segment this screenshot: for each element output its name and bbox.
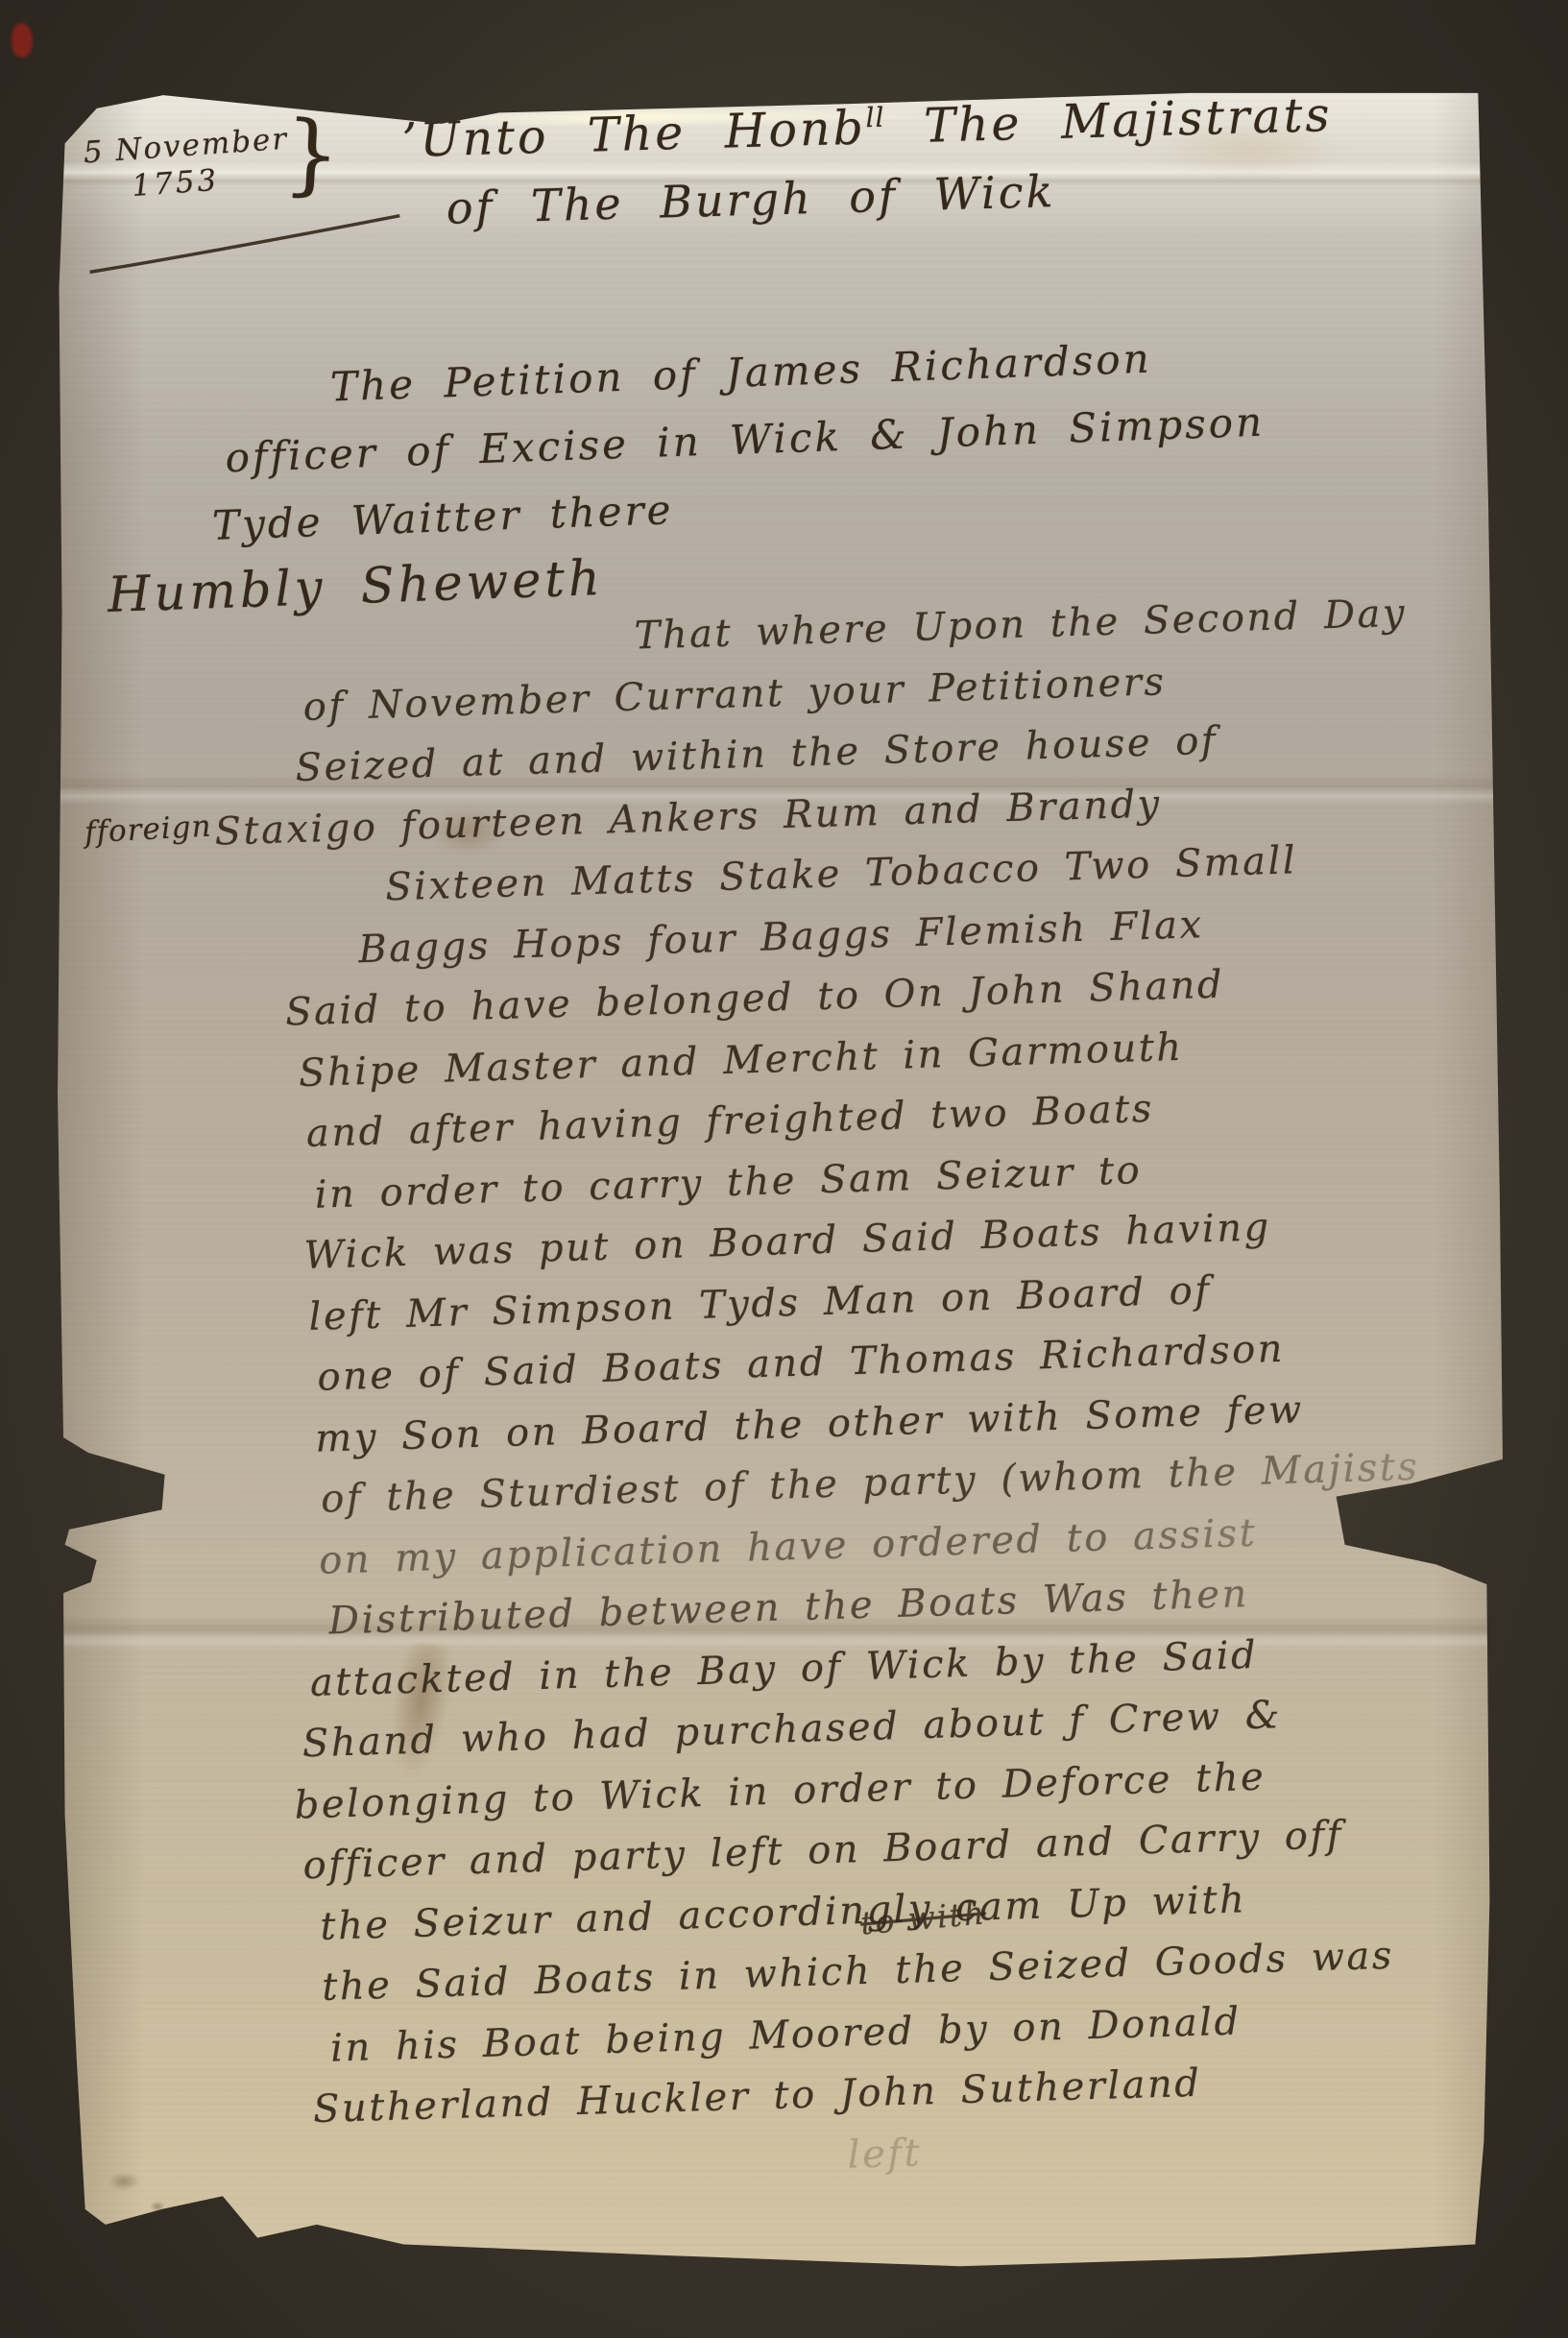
heading-superscript: ll: [865, 102, 885, 134]
underline-flourish: [84, 209, 413, 280]
margin-note: fforeign: [84, 809, 212, 851]
red-stain: [12, 23, 33, 58]
heading-line-1-text: ’Unto The Honb: [401, 101, 867, 168]
paper-stain: [108, 2172, 140, 2191]
paper-stain: [150, 2201, 165, 2212]
manuscript-page: 5 November 1753 } ’Unto The Honbll The M…: [58, 86, 1506, 2279]
document-heading: ’Unto The Honbll The Majistrats of The B…: [401, 87, 1335, 235]
date-annotation: 5 November 1753 }: [83, 122, 292, 207]
heading-line-1: ’Unto The Honbll The Majistrats: [401, 87, 1333, 168]
brace-flourish: }: [281, 101, 343, 206]
petition-intro: The Petition of James Richardson officer…: [206, 322, 1268, 560]
petition-body: That where Upon the Second Dayof Novembe…: [264, 579, 1568, 2202]
photo-backdrop: 5 November 1753 } ’Unto The Honbll The M…: [0, 0, 1568, 2338]
heading-line-2: of The Burgh of Wick: [446, 157, 1335, 234]
heading-line-1-rest: The Majistrats: [884, 87, 1333, 155]
